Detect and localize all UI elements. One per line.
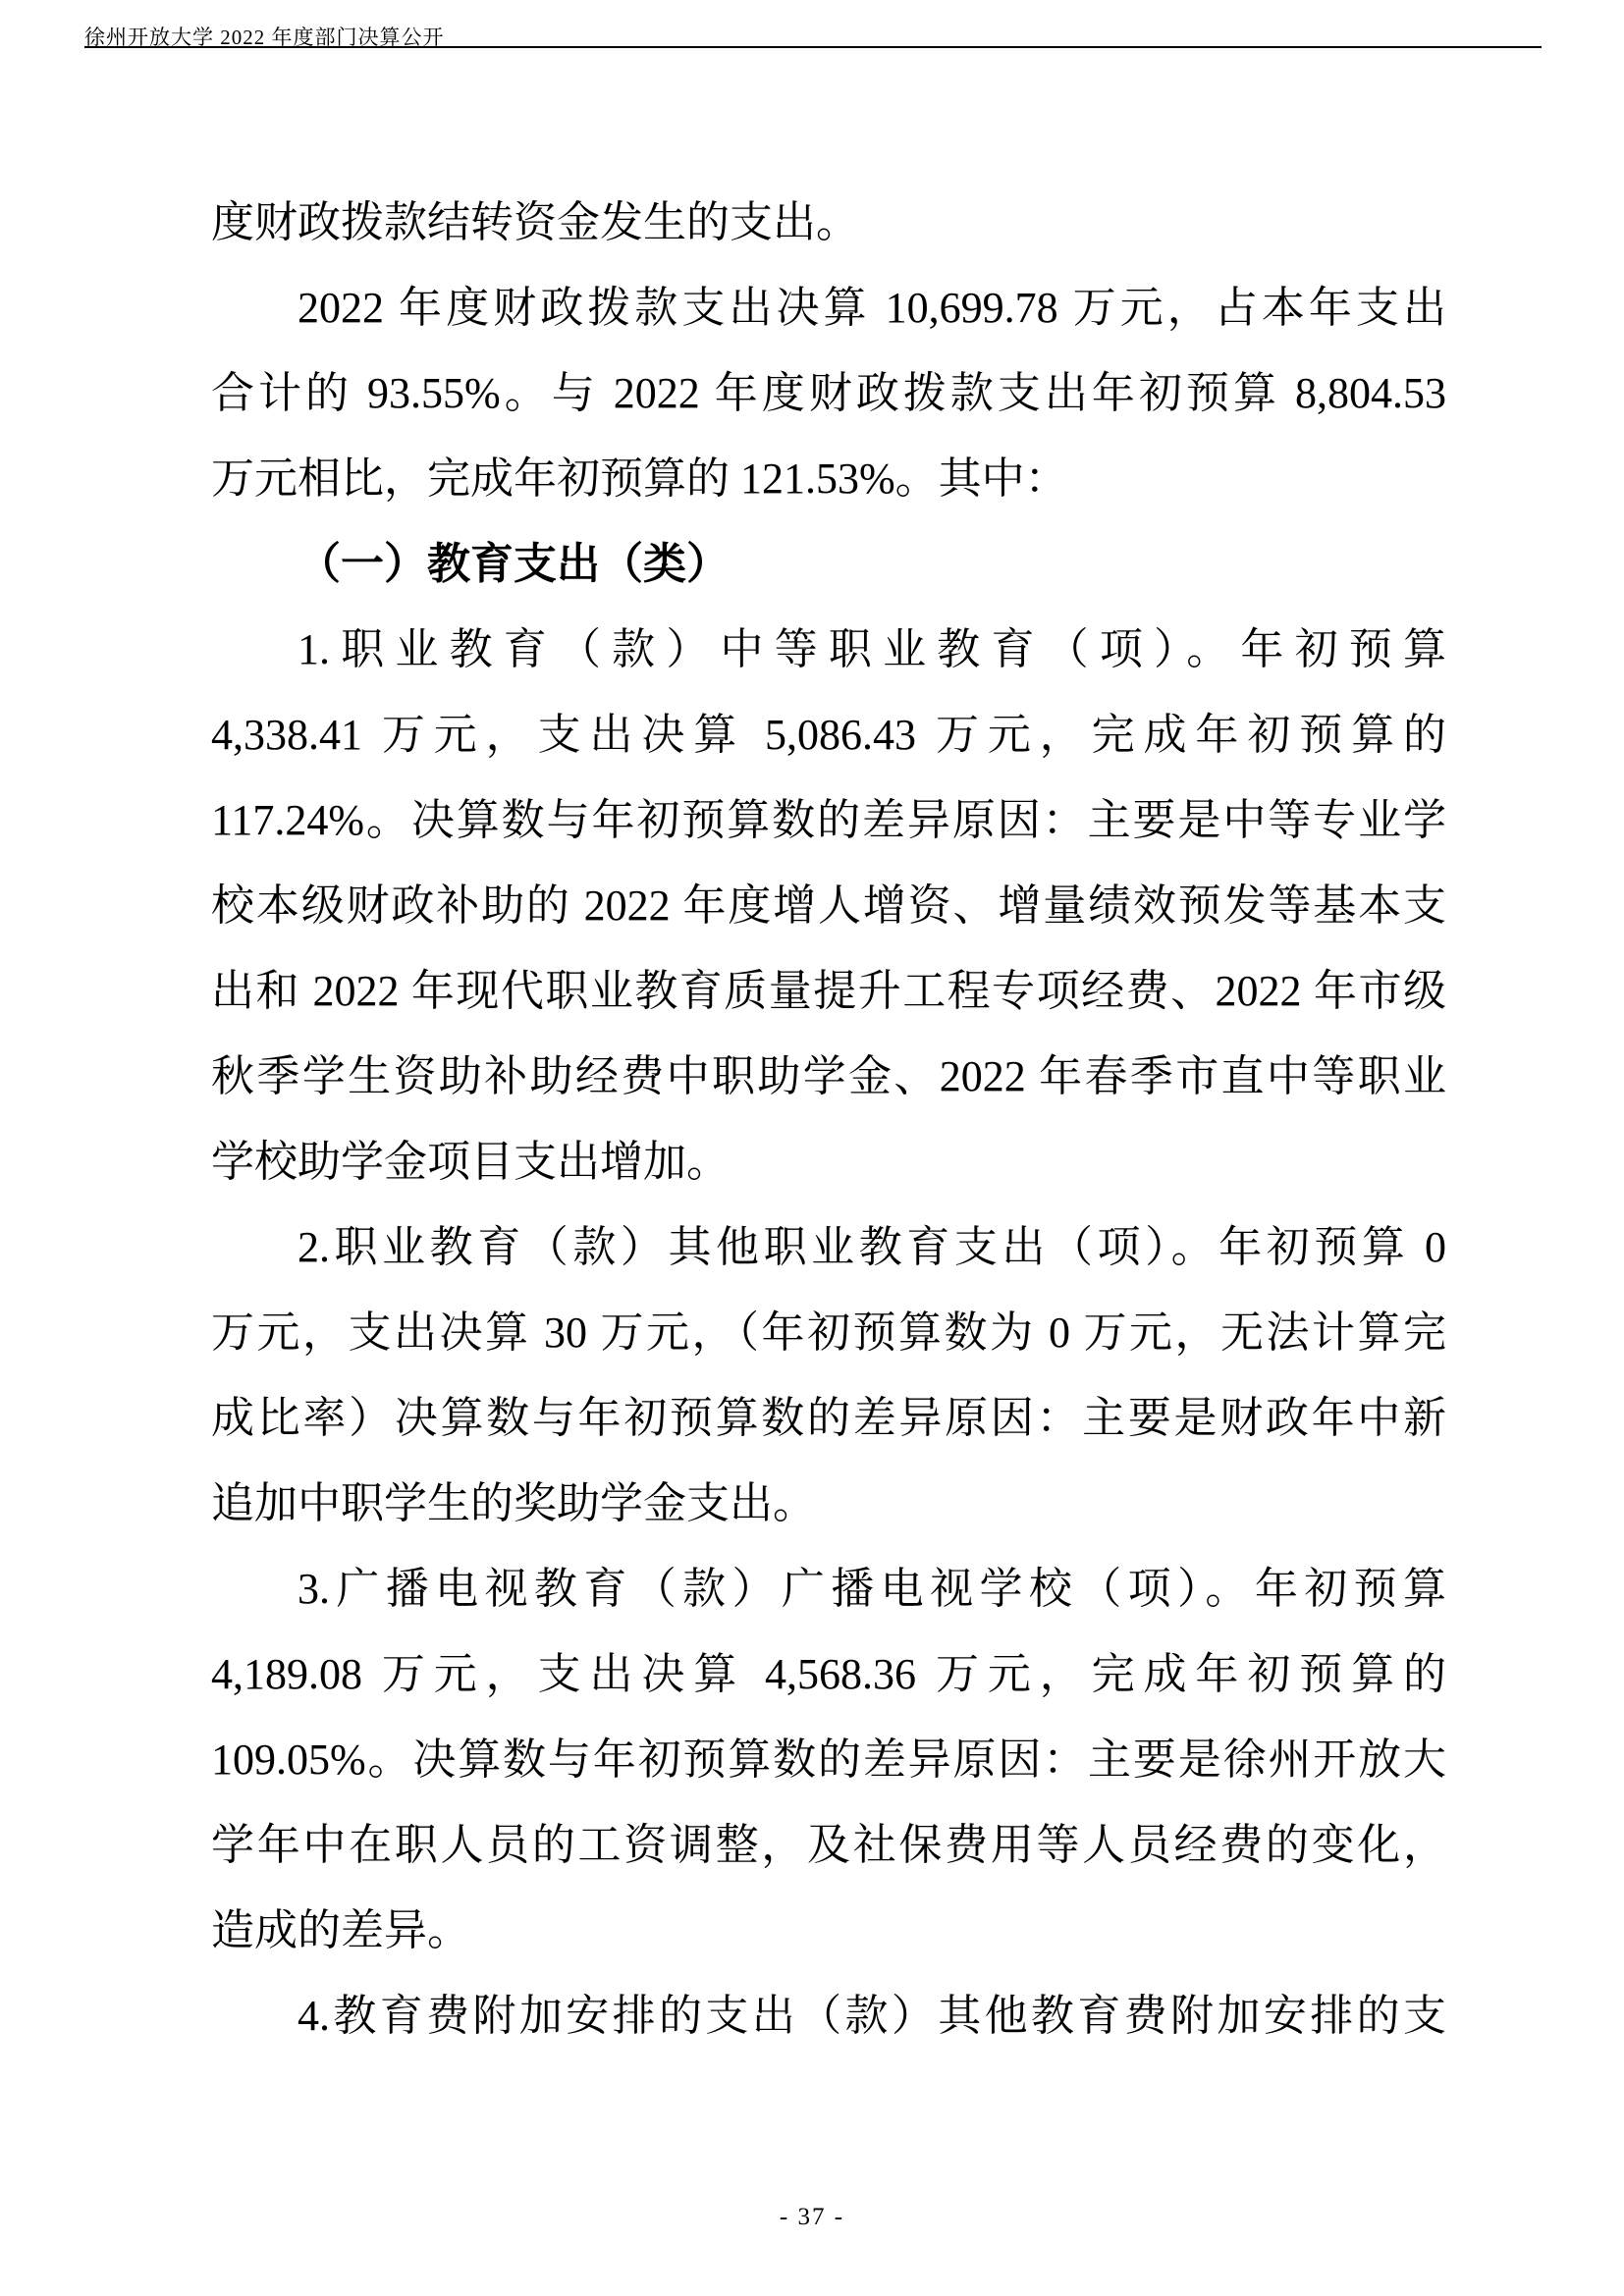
text-line: 度财政拨款结转资金发生的支出。 xyxy=(211,180,1446,265)
text-line: 2.职业教育（款）其他职业教育支出（项）。年初预算 0 xyxy=(211,1204,1446,1290)
text-line: 追加中职学生的奖助学金支出。 xyxy=(211,1461,1446,1546)
text-line: 4.教育费附加安排的支出（款）其他教育费附加安排的支 xyxy=(211,1973,1446,2058)
paragraph: 1.职业教育（款）中等职业教育（项）。年初预算4,338.41 万元，支出决算 … xyxy=(211,607,1446,1204)
paragraph: 2.职业教育（款）其他职业教育支出（项）。年初预算 0万元，支出决算 30 万元… xyxy=(211,1204,1446,1546)
text-line: 校本级财政补助的 2022 年度增人增资、增量绩效预发等基本支 xyxy=(211,863,1446,948)
text-line: 成比率）决算数与年初预算数的差异原因：主要是财政年中新 xyxy=(211,1375,1446,1461)
text-line: 合计的 93.55%。与 2022 年度财政拨款支出年初预算 8,804.53 xyxy=(211,350,1446,436)
text-line: 4,338.41 万元，支出决算 5,086.43 万元，完成年初预算的 xyxy=(211,692,1446,777)
text-line: 学校助学金项目支出增加。 xyxy=(211,1119,1446,1204)
text-line: 3.广播电视教育（款）广播电视学校（项）。年初预算 xyxy=(211,1546,1446,1631)
section-heading: （一）教育支出（类） xyxy=(211,521,1446,607)
header-divider xyxy=(84,46,1542,48)
text-line: （一）教育支出（类） xyxy=(211,521,1446,607)
page-number: - 37 - xyxy=(0,2204,1624,2231)
text-line: 109.05%。决算数与年初预算数的差异原因：主要是徐州开放大 xyxy=(211,1717,1446,1802)
text-line: 117.24%。决算数与年初预算数的差异原因：主要是中等专业学 xyxy=(211,777,1446,863)
paragraph: 度财政拨款结转资金发生的支出。 xyxy=(211,180,1446,265)
paragraph: 2022 年度财政拨款支出决算 10,699.78 万元，占本年支出合计的 93… xyxy=(211,265,1446,521)
document-page: 徐州开放大学 2022 年度部门决算公开 度财政拨款结转资金发生的支出。2022… xyxy=(0,0,1624,2296)
text-line: 万元相比，完成年初预算的 121.53%。其中： xyxy=(211,436,1446,521)
document-body: 度财政拨款结转资金发生的支出。2022 年度财政拨款支出决算 10,699.78… xyxy=(211,180,1446,2058)
paragraph: 3.广播电视教育（款）广播电视学校（项）。年初预算4,189.08 万元，支出决… xyxy=(211,1546,1446,1973)
text-line: 出和 2022 年现代职业教育质量提升工程专项经费、2022 年市级 xyxy=(211,948,1446,1034)
text-line: 造成的差异。 xyxy=(211,1888,1446,1973)
text-line: 1.职业教育（款）中等职业教育（项）。年初预算 xyxy=(211,607,1446,692)
text-line: 2022 年度财政拨款支出决算 10,699.78 万元，占本年支出 xyxy=(211,265,1446,350)
text-line: 秋季学生资助补助经费中职助学金、2022 年春季市直中等职业 xyxy=(211,1034,1446,1119)
text-line: 万元，支出决算 30 万元，（年初预算数为 0 万元，无法计算完 xyxy=(211,1290,1446,1375)
paragraph: 4.教育费附加安排的支出（款）其他教育费附加安排的支 xyxy=(211,1973,1446,2058)
text-line: 学年中在职人员的工资调整，及社保费用等人员经费的变化， xyxy=(211,1802,1446,1888)
text-line: 4,189.08 万元，支出决算 4,568.36 万元，完成年初预算的 xyxy=(211,1631,1446,1717)
